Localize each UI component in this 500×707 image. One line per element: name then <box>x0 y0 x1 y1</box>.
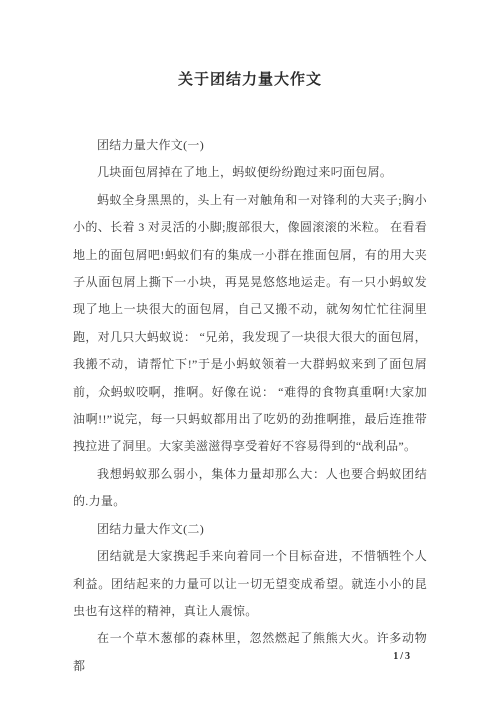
paragraph: 几块面包屑掉在了地上，蚂蚁便纷纷跑过来叼面包屑。 <box>73 159 427 186</box>
paragraph: 蚂蚁全身黑黑的，头上有一对触角和一对锋利的大夹子;胸小小的、长着 3 对灵活的小… <box>73 187 427 461</box>
document-page: 关于团结力量大作文 团结力量大作文(一)几块面包屑掉在了地上，蚂蚁便纷纷跑过来叼… <box>0 0 500 707</box>
paragraph: 团结力量大作文(二) <box>73 516 427 543</box>
paragraph: 在一个草木葱郁的森林里，忽然燃起了熊熊大火。许多动物都 <box>73 625 427 680</box>
paragraph: 团结就是大家携起手来向着同一个目标奋进，不惜牺牲个人利益。团结起来的力量可以让一… <box>73 543 427 625</box>
document-body: 团结力量大作文(一)几块面包屑掉在了地上，蚂蚁便纷纷跑过来叼面包屑。蚂蚁全身黑黑… <box>73 132 427 680</box>
page-number: 1/3 <box>393 651 412 662</box>
paragraph: 团结力量大作文(一) <box>73 132 427 159</box>
document-title: 关于团结力量大作文 <box>0 0 500 90</box>
paragraph: 我想蚂蚁那么弱小，集体力量却那么大：人也要合蚂蚁团结的.力量。 <box>73 461 427 516</box>
